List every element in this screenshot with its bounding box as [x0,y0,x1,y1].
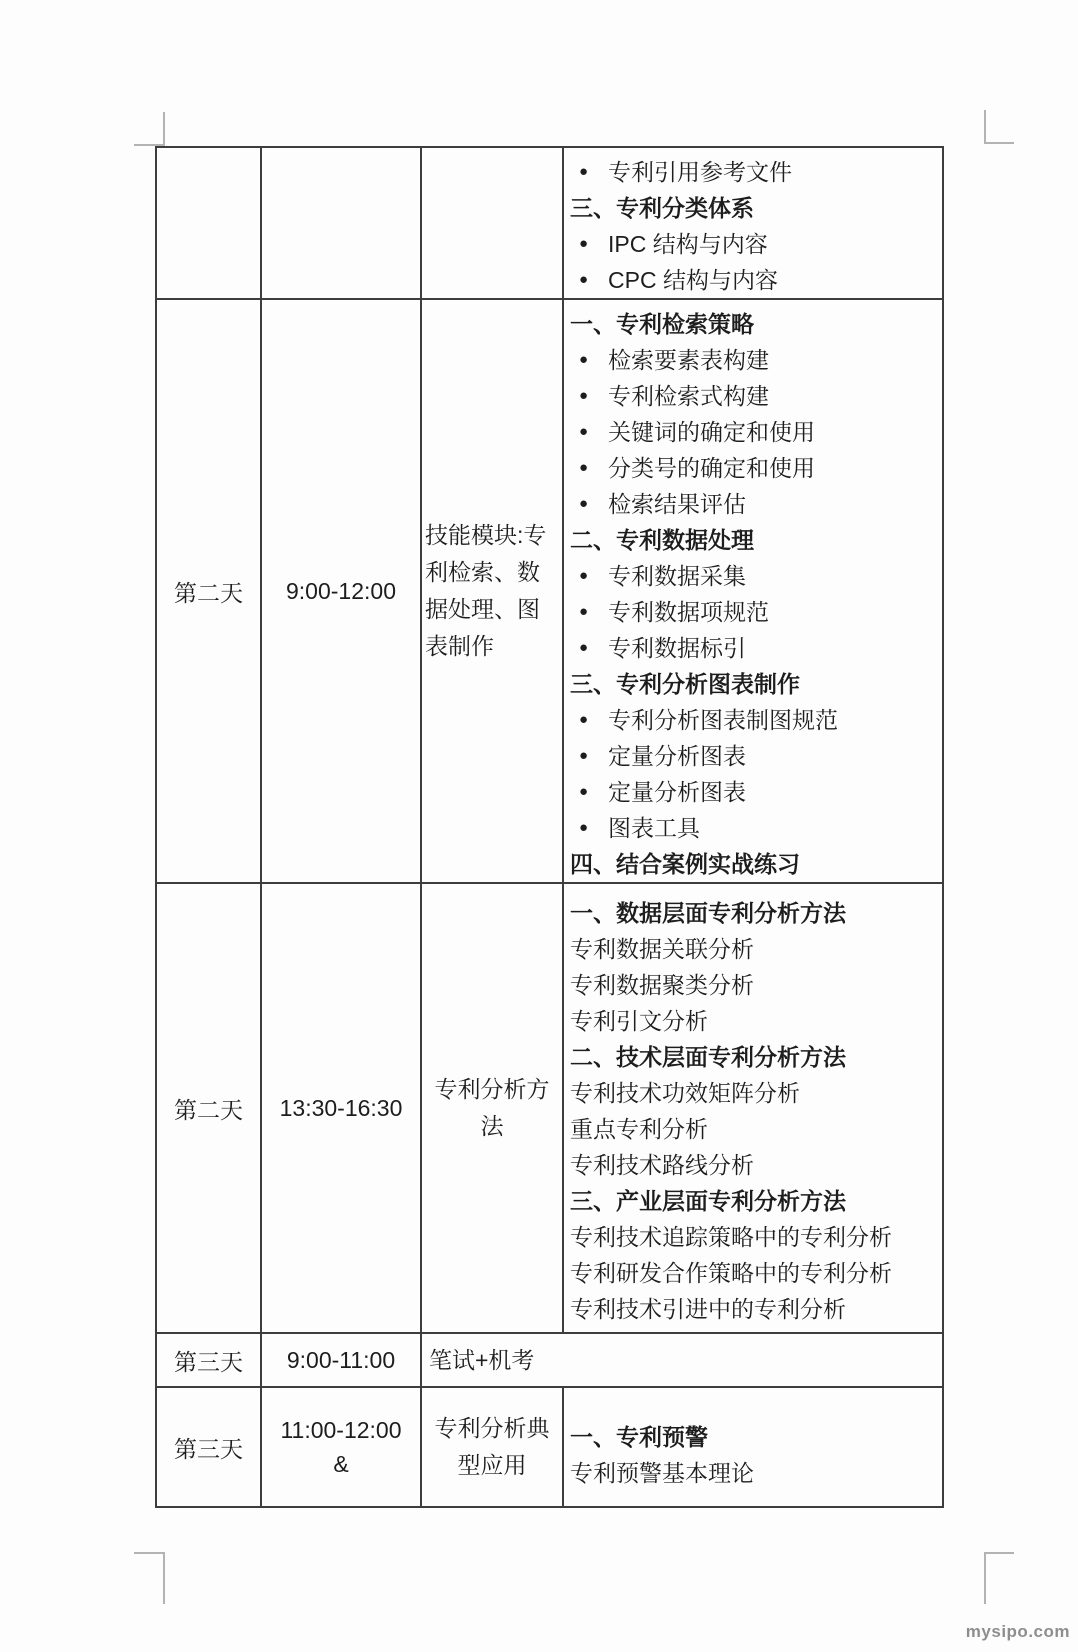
bullet-icon: ● [579,630,588,666]
crop-mark-bottom-right-vertical [984,1552,986,1604]
crop-mark-top-right-vertical [984,110,986,144]
crop-mark-top-left-vertical [163,112,165,146]
content-text-item: 重点专利分析 [570,1111,936,1147]
content-text: 分类号的确定和使用 [608,455,815,481]
bullet-icon: ● [579,226,588,262]
bullet-icon: ● [579,378,588,414]
content-text: 检索要素表构建 [608,347,769,373]
crop-mark-top-right-horizontal [984,142,1014,144]
day-cell: 第三天 [156,1333,261,1387]
content-text-item: 专利技术追踪策略中的专利分析 [570,1219,936,1255]
content-cell: 一、专利检索策略●检索要素表构建●专利检索式构建●关键词的确定和使用●分类号的确… [563,299,943,883]
content-text: 专利数据采集 [608,563,746,589]
bullet-icon: ● [579,262,588,298]
table-row-day2-afternoon: 第二天 13:30-16:30 专利分析方法 一、数据层面专利分析方法专利数据关… [156,883,943,1333]
content-heading: 三、产业层面专利分析方法 [570,1183,936,1219]
content-text-item: 专利技术功效矩阵分析 [570,1075,936,1111]
content-cell: 一、专利预警专利预警基本理论 [563,1387,943,1507]
content-bullet-item: ●IPC 结构与内容 [570,226,936,262]
module-cell [421,147,563,299]
content-bullet-item: ●专利数据采集 [570,558,936,594]
content-heading: 二、专利数据处理 [570,522,936,558]
watermark: mysipo.com [966,1622,1070,1642]
bullet-icon: ● [579,450,588,486]
content-bullet-item: ●图表工具 [570,810,936,846]
content-heading: 一、专利检索策略 [570,306,936,342]
content-text: 定量分析图表 [608,779,746,805]
content-text: CPC 结构与内容 [608,267,778,293]
content-heading: 一、专利预警 [570,1419,936,1455]
module-cell: 技能模块:专利检索、数据处理、图表制作 [421,299,563,883]
content-bullet-item: ●关键词的确定和使用 [570,414,936,450]
bullet-icon: ● [579,738,588,774]
content-text: 定量分析图表 [608,743,746,769]
table-row-day3-exam: 第三天 9:00-11:00 笔试+机考 [156,1333,943,1387]
module-cell: 专利分析典型应用 [421,1387,563,1507]
content-bullet-item: ●专利引用参考文件 [570,154,936,190]
table-row-day2-morning: 第二天 9:00-12:00 技能模块:专利检索、数据处理、图表制作 一、专利检… [156,299,943,883]
content-heading: 一、数据层面专利分析方法 [570,895,936,931]
table-row-day3-application: 第三天 11:00-12:00 & 专利分析典型应用 一、专利预警专利预警基本理… [156,1387,943,1507]
bullet-icon: ● [579,414,588,450]
content-text: 专利引用参考文件 [608,159,792,185]
module-cell: 专利分析方法 [421,883,563,1333]
content-text: 关键词的确定和使用 [608,419,815,445]
content-text-item: 专利技术路线分析 [570,1147,936,1183]
time-cell [261,147,421,299]
time-cell: 11:00-12:00 & [261,1387,421,1507]
content-text-item: 专利数据聚类分析 [570,967,936,1003]
content-heading: 三、专利分析图表制作 [570,666,936,702]
content-text-item: 专利数据关联分析 [570,931,936,967]
content-heading: 四、结合案例实战练习 [570,846,936,882]
bullet-icon: ● [579,702,588,738]
crop-mark-bottom-right-horizontal [984,1552,1014,1554]
time-cell: 9:00-12:00 [261,299,421,883]
content-bullet-item: ●检索要素表构建 [570,342,936,378]
bullet-icon: ● [579,558,588,594]
content-text: 检索结果评估 [608,491,746,517]
content-text-item: 专利技术引进中的专利分析 [570,1291,936,1327]
content-text-item: 专利引文分析 [570,1003,936,1039]
content-heading: 三、专利分类体系 [570,190,936,226]
bullet-icon: ● [579,594,588,630]
day-cell [156,147,261,299]
bullet-icon: ● [579,774,588,810]
content-bullet-item: ●定量分析图表 [570,774,936,810]
content-bullet-item: ●检索结果评估 [570,486,936,522]
content-text: 专利检索式构建 [608,383,769,409]
document-page: ●专利引用参考文件三、专利分类体系●IPC 结构与内容●CPC 结构与内容 第二… [0,0,1078,1652]
content-bullet-item: ●分类号的确定和使用 [570,450,936,486]
content-bullet-item: ●专利数据项规范 [570,594,936,630]
table-row-continuation: ●专利引用参考文件三、专利分类体系●IPC 结构与内容●CPC 结构与内容 [156,147,943,299]
crop-mark-bottom-left-horizontal [134,1552,164,1554]
bullet-icon: ● [579,342,588,378]
content-cell: ●专利引用参考文件三、专利分类体系●IPC 结构与内容●CPC 结构与内容 [563,147,943,299]
content-heading: 二、技术层面专利分析方法 [570,1039,936,1075]
bullet-icon: ● [579,486,588,522]
content-bullet-item: ●定量分析图表 [570,738,936,774]
content-text: 专利数据项规范 [608,599,769,625]
crop-mark-bottom-left-vertical [163,1552,165,1604]
content-text-item: 专利研发合作策略中的专利分析 [570,1255,936,1291]
content-text: 专利数据标引 [608,635,746,661]
bullet-icon: ● [579,154,588,190]
content-bullet-item: ●专利检索式构建 [570,378,936,414]
content-text: 图表工具 [608,815,700,841]
bullet-icon: ● [579,810,588,846]
content-text-item: 专利预警基本理论 [570,1455,936,1491]
content-text: IPC 结构与内容 [608,231,768,257]
content-bullet-item: ●专利数据标引 [570,630,936,666]
content-text: 专利分析图表制图规范 [608,707,838,733]
module-cell: 笔试+机考 [421,1333,943,1387]
day-cell: 第二天 [156,299,261,883]
content-cell: 一、数据层面专利分析方法专利数据关联分析专利数据聚类分析专利引文分析二、技术层面… [563,883,943,1333]
content-bullet-item: ●CPC 结构与内容 [570,262,936,298]
content-bullet-item: ●专利分析图表制图规范 [570,702,936,738]
time-cell: 13:30-16:30 [261,883,421,1333]
course-schedule-table: ●专利引用参考文件三、专利分类体系●IPC 结构与内容●CPC 结构与内容 第二… [155,146,944,1508]
day-cell: 第二天 [156,883,261,1333]
day-cell: 第三天 [156,1387,261,1507]
time-cell: 9:00-11:00 [261,1333,421,1387]
